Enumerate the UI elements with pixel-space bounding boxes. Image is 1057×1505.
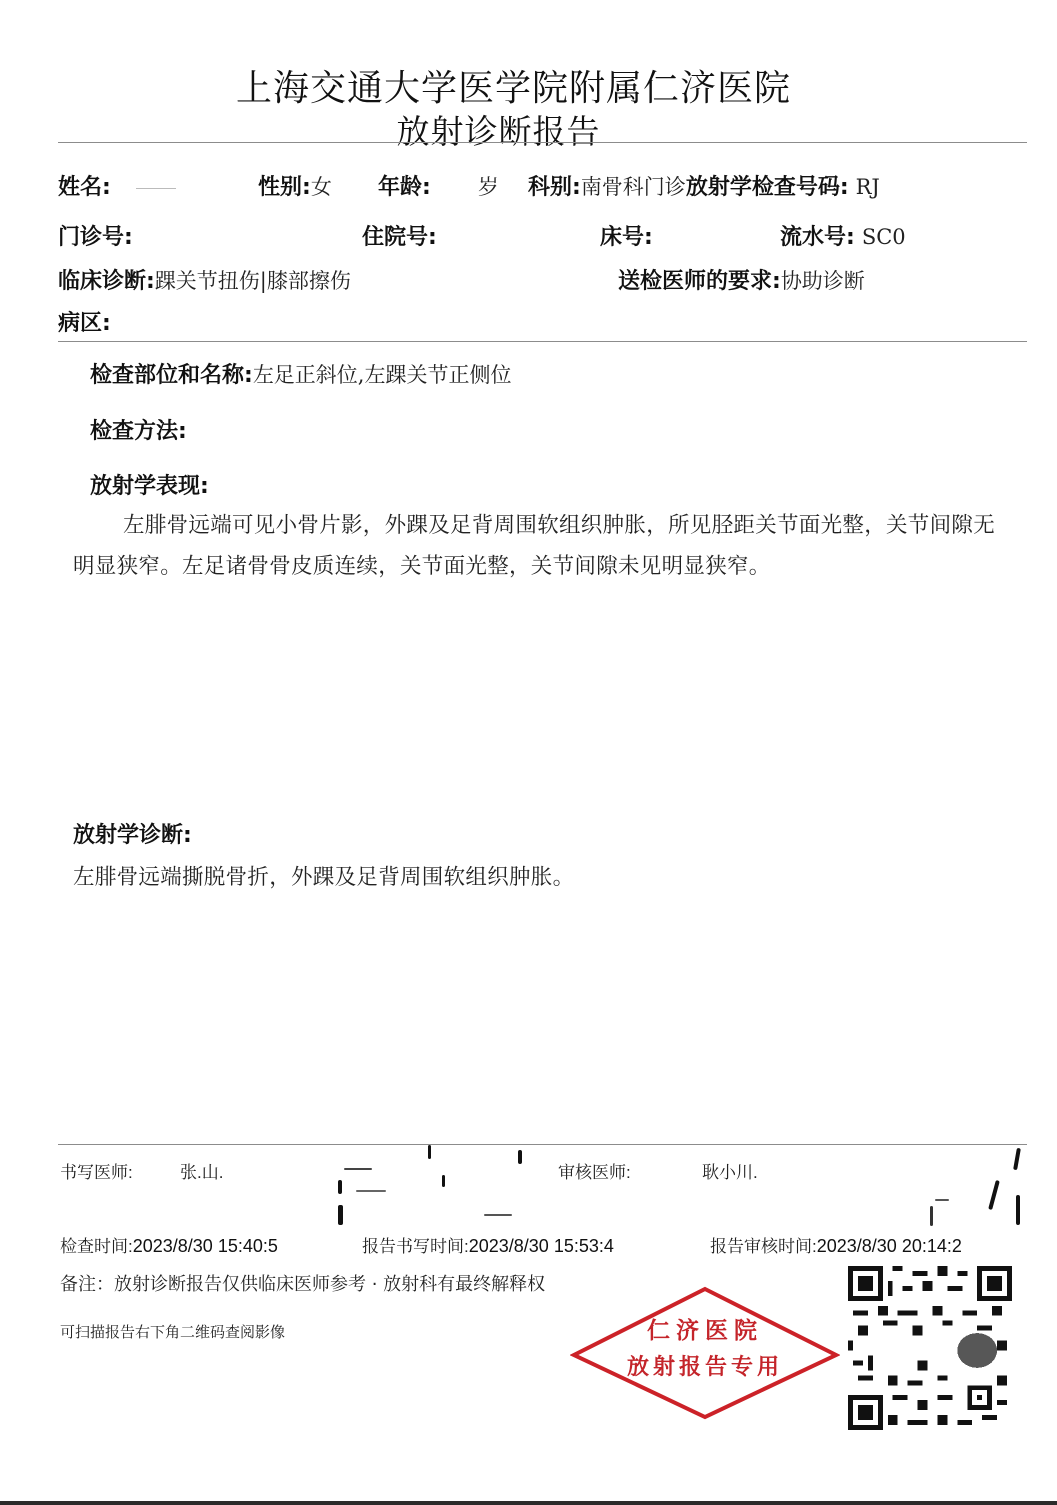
writer-name: 张.山.: [180, 1158, 223, 1183]
inpatient-number-field: 住院号:: [362, 220, 437, 251]
department-field: 科别:南骨科门诊放射学检查号码: RJ: [528, 170, 880, 201]
writer-label: 书写医师:: [60, 1158, 133, 1183]
footer-divider: [58, 1144, 1027, 1145]
disclaimer-note: 备注：放射诊断报告仅供临床医师参考 · 放射科有最终解释权: [60, 1270, 545, 1296]
info-divider: [58, 341, 1027, 342]
patient-name-field: 姓名:: [58, 170, 176, 201]
doctor-request-field: 送检医师的要求:协助诊断: [618, 264, 865, 295]
exam-site-field: 检查部位和名称:左足正斜位,左踝关节正侧位: [90, 358, 512, 389]
diagnosis-text: 左腓骨远端撕脱骨折，外踝及足背周围软组织肿胀。: [73, 860, 574, 891]
diagnosis-heading: 放射学诊断:: [73, 818, 192, 849]
clinical-diagnosis-field: 临床诊断:踝关节扭伤|膝部擦伤: [58, 264, 351, 295]
stamp-line1: 仁济医院: [570, 1312, 840, 1345]
name-redacted: [136, 188, 176, 189]
findings-heading: 放射学表现:: [90, 469, 209, 500]
stamp-line2: 放射报告专用: [570, 1350, 840, 1381]
bottom-edge: [0, 1501, 1057, 1505]
reviewer-name: 耿小川.: [702, 1158, 758, 1183]
qr-code-icon[interactable]: [848, 1266, 1012, 1430]
reviewer-label: 审核医师:: [558, 1158, 631, 1183]
report-title: 放射诊断报告: [0, 106, 1057, 153]
report-review-time: 报告审核时间:2023/8/30 20:14:2: [710, 1232, 962, 1257]
ward-field: 病区:: [58, 306, 111, 337]
serial-number-field: 流水号: SC0: [780, 220, 906, 251]
gender-field: 性别:女: [258, 170, 332, 201]
age-field: 年龄: 岁: [378, 170, 499, 201]
outpatient-number-field: 门诊号:: [58, 220, 133, 251]
findings-text: 左腓骨远端可见小骨片影，外踝及足背周围软组织肿胀，所见胫距关节面光整，关节间隙无…: [73, 505, 998, 587]
report-write-time: 报告书写时间:2023/8/30 15:53:4: [362, 1232, 614, 1257]
bed-number-field: 床号:: [600, 220, 653, 251]
hospital-name: 上海交通大学医学院附属仁济医院: [0, 60, 1057, 111]
exam-time: 检查时间:2023/8/30 15:40:5: [60, 1232, 278, 1257]
qr-hint: 可扫描报告右下角二维码查阅影像: [60, 1321, 285, 1342]
header-divider: [58, 142, 1027, 143]
exam-method-field: 检查方法:: [90, 414, 187, 445]
